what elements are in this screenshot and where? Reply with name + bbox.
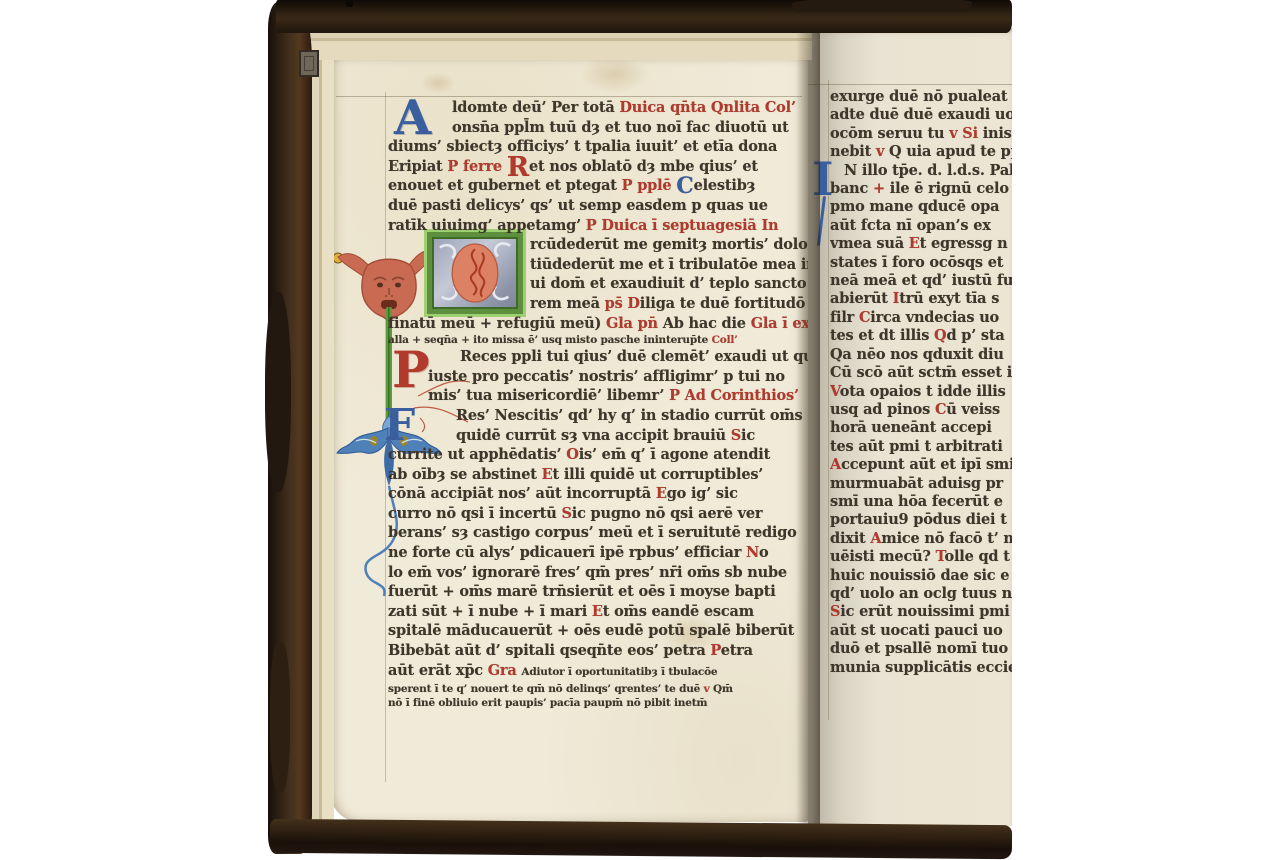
body-text: huic nouissiō dae sic e — [830, 567, 1009, 584]
rubric-text: E — [656, 485, 667, 502]
right-page-text: exurge duē nō pualeat hadte duē duē exau… — [830, 88, 1012, 698]
text-line: Cū scō aūt sctm̄ esset i — [830, 364, 1012, 382]
rubric-text: P ferre — [447, 158, 506, 175]
rubric-text: P Ad Corinthios’ — [669, 387, 799, 404]
rubric-text: Coll’ — [712, 334, 738, 346]
body-text: olle qd t — [945, 548, 1010, 565]
body-text: portauiu9 pōdus diei t e — [830, 511, 1012, 528]
body-text: go ig’ sic — [667, 485, 738, 502]
text-line: onsn̄a ppl̄m tuū dȝ et tuo noī fac diuot… — [388, 118, 810, 138]
text-line: smī una hōa fecerūt e — [830, 493, 1012, 511]
text-line: aūt st uocati pauci uo — [830, 622, 1012, 640]
text-line: Vota opaios t idde illis — [830, 383, 1012, 401]
body-text: t om̄s eandē escam — [603, 603, 754, 620]
body-text: duē pasti delicys’ qs’ ut semp easdem p … — [388, 197, 768, 214]
rubric-text: P — [710, 642, 720, 659]
body-text: smī una hōa fecerūt e — [830, 493, 1003, 510]
body-text: ū veiss — [946, 401, 1000, 418]
text-line: mis’ tua misericordiē’ libemr’ P Ad Cori… — [388, 386, 810, 406]
manuscript-photo: A C P F ldomte deū’ Per totā Duica qn̄ta… — [0, 0, 1280, 860]
text-line: filr Circa vndecias uo — [830, 309, 1012, 327]
body-text: enouet et gubernet et ptegat — [388, 177, 622, 194]
body-text: zati sūt + ī nube + ī mari — [388, 603, 592, 620]
left-page-text: ldomte deū’ Per totā Duica qn̄ta Qnlita … — [388, 98, 810, 720]
rubric-text: O — [566, 446, 578, 463]
ruling-line-horizontal — [808, 84, 1012, 85]
text-line: abierūt Itrū exyt tīa s — [830, 290, 1012, 308]
body-text: adte duē duē exaudi uocē — [830, 106, 1012, 123]
text-line: duē pasti delicys’ qs’ ut semp easdem p … — [388, 196, 810, 216]
text-line: pmo mane qducē opa — [830, 198, 1012, 216]
body-text: munia supplicātis eccie — [830, 659, 1012, 676]
body-text: ne forte cū alys’ pdicauerī ipē rpbus’ e… — [388, 544, 746, 561]
text-line: ldomte deū’ Per totā Duica qn̄ta Qnlita … — [388, 98, 810, 118]
body-text: Ab hac die — [663, 315, 751, 332]
text-line: Eripiat P ferre Ret nos oblatō dȝ mbe qi… — [388, 157, 810, 177]
binding-leather-top — [276, 0, 1012, 33]
text-line: quidē currūt sȝ vna accipit brauiū Sic — [388, 426, 810, 446]
body-text: rcūdederūt me gemitȝ mortis’ dolores inf… — [530, 236, 810, 253]
rubric-text: E — [909, 235, 920, 252]
rubric-text: P Duica ī septuagesiā In — [586, 217, 779, 234]
body-text: t egressg n — [920, 235, 1008, 252]
body-text: o — [759, 544, 768, 561]
rubric-text: E — [592, 603, 603, 620]
body-text: uēisti mecū? — [830, 548, 936, 565]
body-text: abierūt — [830, 290, 893, 307]
body-text: iliga te duē fortitudō mea dn̄s — [640, 295, 810, 312]
body-text: t illi quidē ut corruptibles’ — [552, 466, 763, 483]
body-text: Qm̄ — [710, 683, 733, 695]
text-line: uēisti mecū? Tolle qd t — [830, 548, 1012, 566]
text-line: usq ad pinos Cū veiss — [830, 401, 1012, 419]
body-text: tiūdederūt me et ī tribulatōe mea inuoca… — [530, 256, 810, 273]
body-text: murmuabāt aduisg pr — [830, 475, 1003, 492]
body-text: vmea suā — [830, 235, 909, 252]
text-line: Sic erūt nouissimi pmi — [830, 603, 1012, 621]
body-text: tes et dt illis — [830, 327, 934, 344]
body-text: banc — [830, 180, 873, 197]
body-text: ratīk uiuimg’ appetamg’ — [388, 217, 586, 234]
text-line: Qa nēo nos qduxit diu — [830, 346, 1012, 364]
body-text: Bibebāt aūt d’ spitali qseqn̄te eos’ pet… — [388, 642, 710, 659]
text-line: enouet et gubernet et ptegat P pplē Cele… — [388, 176, 810, 196]
body-text: diums’ sbiectȝ officiys’ t tpalia iuuit’… — [388, 138, 777, 155]
body-text: berans’ sȝ castigo corpus’ meū et ī seru… — [388, 524, 797, 541]
body-text: dixit — [830, 530, 870, 547]
body-text: states ī foro ocōsqs et — [830, 254, 1003, 271]
text-line: Accepunt aūt et ipī smi — [830, 456, 1012, 474]
body-text: mis’ tua misericordiē’ libemr’ — [428, 387, 669, 404]
text-line: tiūdederūt me et ī tribulatōe mea inuoca… — [388, 255, 810, 275]
clasp-remnant — [299, 50, 319, 77]
text-line: ne forte cū alys’ pdicauerī ipē rpbus’ e… — [388, 543, 810, 563]
gutter-shadow — [796, 28, 820, 824]
rubric-text: Duica qn̄ta Qnlita Col’ — [619, 99, 795, 116]
rubric-text: ps̄ D — [605, 295, 640, 312]
body-text: aūt erāt xp̄c — [388, 662, 488, 679]
text-line: exurge duē nō pualeat h — [830, 88, 1012, 106]
body-text: inista — [978, 125, 1012, 142]
text-line: ui dom̄ et exaudiuit d’ teplo sancto suo… — [388, 274, 810, 294]
body-text: filr — [830, 309, 859, 326]
body-text: alla + seqn̄a + ito missa ē’ usq misto p… — [388, 334, 712, 346]
rubric-text: S — [731, 427, 741, 444]
body-text: rem meā — [530, 295, 605, 312]
body-text: ocōm seruu tu — [830, 125, 949, 142]
body-text: is’ em̄ q’ ī agone atendit — [579, 446, 770, 463]
text-line: spitalē māducauerūt + oēs eudē potū spal… — [388, 621, 810, 641]
text-line: qd’ uolo an oclg tuus ne — [830, 585, 1012, 603]
rubric-text: Gra — [488, 662, 522, 679]
text-line: ocōm seruu tu v Si inista — [830, 125, 1012, 143]
rubric-text: Gla pn̄ — [606, 315, 663, 332]
text-line: vmea suā Et egressg n — [830, 235, 1012, 253]
body-text: sperent ī te q’ nouert te qm̄ nō delinqs… — [388, 683, 704, 695]
text-line: dixit Amice nō facō t’ n — [830, 530, 1012, 548]
rubric-text: A — [830, 456, 841, 473]
body-text: exurge duē nō pualeat h — [830, 88, 1012, 105]
body-text: Adiutor ī oportunitatibȝ ī tbulacōe — [521, 666, 717, 678]
body-text: tes aūt pmi t arbitrati — [830, 438, 1003, 455]
text-line: rem meā ps̄ Diliga te duē fortitudō mea … — [388, 294, 810, 314]
text-line: cōnā accipiāt nos’ aūt incorruptā Ego ig… — [388, 484, 810, 504]
text-line: duō et psallē nomī tuo al — [830, 640, 1012, 658]
body-text: Q uia apud te ppiaq — [884, 143, 1012, 160]
rubric-text: N — [746, 544, 759, 561]
body-text: neā meā et qd’ iustū fu — [830, 272, 1012, 289]
body-text: ic — [741, 427, 755, 444]
text-line: ab oībȝ se abstinet Et illi quidē ut cor… — [388, 465, 810, 485]
text-line: zati sūt + ī nube + ī mari Et om̄s eandē… — [388, 602, 810, 622]
body-text: ota opaios t idde illis — [840, 383, 1006, 400]
text-line: nō ī finē obliuio erit paupis’ pacīa pau… — [388, 696, 810, 710]
body-text: nebit — [830, 143, 876, 160]
rubric-text: S — [830, 603, 840, 620]
body-text: usq ad pinos — [830, 401, 935, 418]
text-line: tes aūt pmi t arbitrati — [830, 438, 1012, 456]
text-line: diums’ sbiectȝ officiys’ t tpalia iuuit’… — [388, 137, 810, 157]
text-line: huic nouissiō dae sic e — [830, 567, 1012, 585]
body-text: ui dom̄ et exaudiuit d’ teplo sancto suo… — [530, 275, 810, 292]
rubric-text: A — [870, 530, 881, 547]
text-line: munia supplicātis eccie — [830, 659, 1012, 677]
rubric-text: S — [561, 505, 571, 522]
body-text: ic pugno nō qsi aerē ver — [572, 505, 763, 522]
body-text: cōnā accipiāt nos’ aūt incorruptā — [388, 485, 656, 502]
text-line: states ī foro ocōsqs et — [830, 254, 1012, 272]
binding-leather-left — [268, 2, 312, 854]
body-text: fuerūt + om̄s marē trn̄sierūt et oēs ī m… — [388, 583, 776, 600]
text-line: Reces ppli tui qius’ duē clemēt’ exaudi … — [388, 347, 810, 367]
body-text: ccepunt aūt et ipī smi — [841, 456, 1012, 473]
body-text: lo em̄ vos’ ignorarē fres’ qm̄ pres’ nr̄… — [388, 564, 787, 581]
body-text: onsn̄a ppl̄m tuū dȝ et tuo noī fac diuot… — [452, 119, 789, 136]
body-text: finatū meū + refugiū meū) — [388, 315, 606, 332]
body-text: iuste pro peccatis’ nostris’ affligimr’ … — [428, 368, 785, 385]
body-text: elestibȝ — [694, 177, 756, 194]
text-line: banc + ile ē rignū celo — [830, 180, 1012, 198]
text-line: currite ut apphēdatis’ Ois’ em̄ q’ ī ago… — [388, 445, 810, 465]
right-page: I exurge duē nō pualeat hadte duē duē ex… — [808, 28, 1012, 826]
rubric-text: + — [873, 180, 885, 197]
text-line: murmuabāt aduisg pr — [830, 475, 1012, 493]
text-line: berans’ sȝ castigo corpus’ meū et ī seru… — [388, 523, 810, 543]
text-line: Res’ Nescitis’ qd’ hy q’ in stadio currū… — [388, 406, 810, 426]
body-text: ldomte deū’ Per totā — [452, 99, 619, 116]
body-text: spitalē māducauerūt + oēs eudē potū spal… — [388, 622, 794, 639]
text-line: lo em̄ vos’ ignorarē fres’ qm̄ pres’ nr̄… — [388, 563, 810, 583]
body-text: pmo mane qducē opa — [830, 198, 999, 215]
text-line: horā ueneānt accepi — [830, 419, 1012, 437]
text-line: iuste pro peccatis’ nostris’ affligimr’ … — [388, 367, 810, 387]
rubric-text: Q — [934, 327, 946, 344]
body-text: Qa nēo nos qduxit diu — [830, 346, 1004, 363]
text-line: aūt fcta nī opan’s ex — [830, 217, 1012, 235]
rubric-text: V — [830, 383, 840, 400]
body-text: curro nō qsi ī incertū — [388, 505, 561, 522]
binding-leather-bottom — [270, 819, 1012, 859]
text-line: nebit v Q uia apud te ppiaq — [830, 143, 1012, 161]
body-text: irca vndecias uo — [870, 309, 999, 326]
body-text: quidē currūt sȝ vna accipit brauiū — [456, 427, 731, 444]
body-text: Reces ppli tui qius’ duē clemēt’ exaudi … — [460, 348, 810, 365]
body-text: horā ueneānt accepi — [830, 419, 992, 436]
body-text: duō et psallē nomī tuo al — [830, 640, 1012, 657]
text-line: tes et dt illis Qd p’ sta — [830, 327, 1012, 345]
text-line: curro nō qsi ī incertū Sic pugno nō qsi … — [388, 504, 810, 524]
body-text: aūt st uocati pauci uo — [830, 622, 1003, 639]
text-line: sperent ī te q’ nouert te qm̄ nō delinqs… — [388, 682, 810, 696]
body-text: d p’ sta — [946, 327, 1004, 344]
left-page: A C P F ldomte deū’ Per totā Duica qn̄ta… — [330, 54, 808, 822]
body-text: et nos oblatō dȝ mbe qius’ et — [529, 158, 758, 175]
manuscript-book: A C P F ldomte deū’ Per totā Duica qn̄ta… — [268, 0, 1012, 858]
body-text: ile ē rignū celo — [885, 180, 1009, 197]
binding-nail — [346, 0, 353, 7]
body-text: Cū scō aūt sctm̄ esset i — [830, 364, 1012, 381]
body-text: aūt fcta nī opan’s ex — [830, 217, 991, 234]
rubric-text: C — [935, 401, 946, 418]
body-text: ic erūt nouissimi pmi — [840, 603, 1009, 620]
rubric-text: C — [859, 309, 870, 326]
text-line: Bibebāt aūt d’ spitali qseqn̄te eos’ pet… — [388, 641, 810, 661]
text-line: rcūdederūt me gemitȝ mortis’ dolores inf… — [388, 235, 810, 255]
text-line: portauiu9 pōdus diei t e — [830, 511, 1012, 529]
parchment-stain — [580, 54, 650, 94]
body-text: trū exyt tīa s — [899, 290, 999, 307]
text-line: alla + seqn̄a + ito missa ē’ usq misto p… — [388, 333, 810, 347]
rubric-text: E — [542, 466, 553, 483]
text-line: adte duē duē exaudi uocē v — [830, 106, 1012, 124]
body-text: N illo tp̄e. d. l.d.s. Pabo — [844, 162, 1012, 179]
text-line: neā meā et qd’ iustū fu — [830, 272, 1012, 290]
body-text: nō ī finē obliuio erit paupis’ pacīa pau… — [388, 697, 707, 709]
rubric-text: v — [876, 143, 884, 160]
text-line: fuerūt + om̄s marē trn̄sierūt et oēs ī m… — [388, 582, 810, 602]
rubric-text: T — [936, 548, 945, 565]
body-text: qd’ uolo an oclg tuus ne — [830, 585, 1012, 602]
body-text: currite ut apphēdatis’ — [388, 446, 566, 463]
text-line: N illo tp̄e. d. l.d.s. Pabo — [830, 162, 1012, 180]
text-line: finatū meū + refugiū meū) Gla pn̄ Ab hac… — [388, 314, 810, 334]
body-text: Res’ Nescitis’ qd’ hy q’ in stadio currū… — [456, 407, 802, 424]
body-text: etra — [721, 642, 753, 659]
rubric-text: v Si — [949, 125, 978, 142]
text-line: ratīk uiuimg’ appetamg’ P Duica ī septua… — [388, 216, 810, 236]
rubric-text: P pplē — [622, 177, 677, 194]
body-text: ab oībȝ se abstinet — [388, 466, 542, 483]
text-line: aūt erāt xp̄c Gra Adiutor ī oportunitati… — [388, 661, 810, 683]
body-text: mice nō facō t’ n — [881, 530, 1012, 547]
body-text: Eripiat — [388, 158, 447, 175]
